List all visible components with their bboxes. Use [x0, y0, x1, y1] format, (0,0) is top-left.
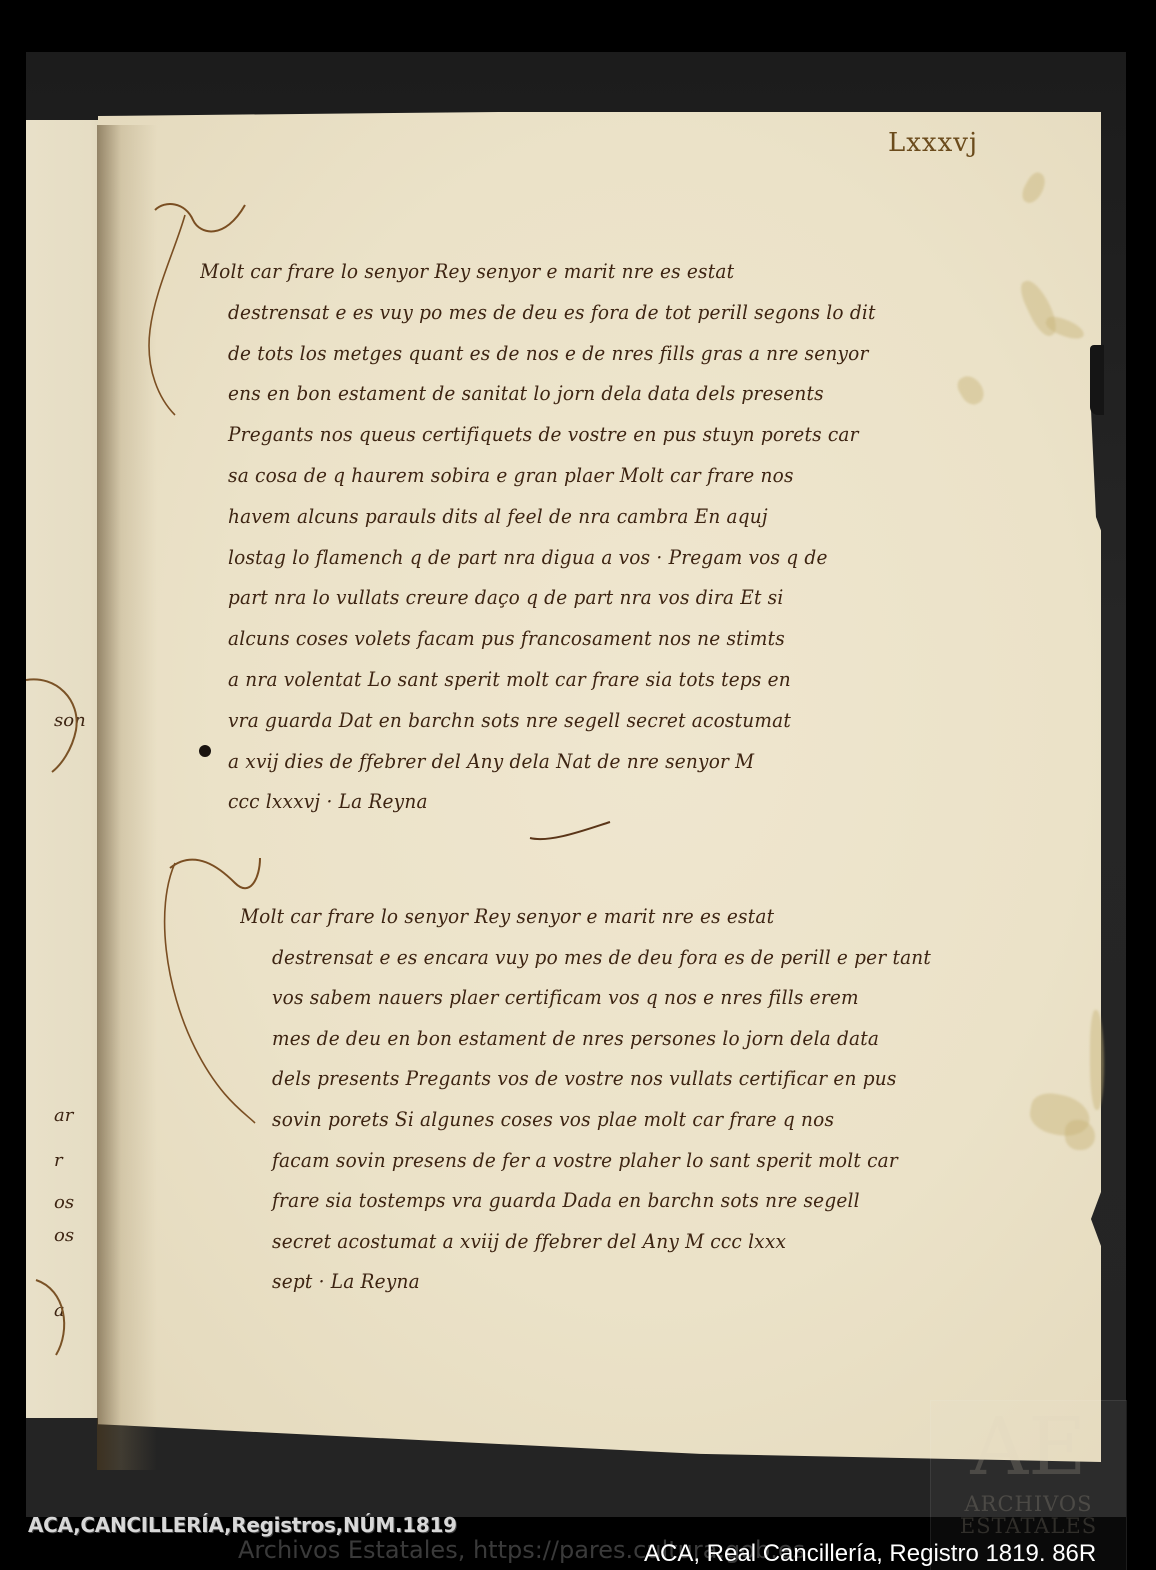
letter-line: vos sabem nauers plaer certificam vos q … [240, 978, 975, 1021]
logo-letters: AE [931, 1401, 1126, 1493]
letter-line: havem alcuns parauls dits al feel de nra… [200, 497, 960, 540]
letter-1: Molt car frare lo senyor Rey senyor e ma… [200, 253, 960, 824]
verso-fragment: son [54, 710, 86, 731]
letter-line: destrensat e es encara vuy po mes de deu… [240, 938, 975, 981]
letter-line: a nra volentat Lo sant sperit molt car f… [200, 660, 960, 703]
image-label: ACA, Real Cancillería, Registro 1819. 86… [644, 1540, 1096, 1568]
letter-line: a xvij dies de ffebrer del Any dela Nat … [200, 742, 960, 785]
letter-2: Molt car frare lo senyor Rey senyor e ma… [240, 898, 975, 1304]
letter-line: frare sia tostemps vra guarda Dada en ba… [240, 1181, 975, 1224]
letter-line: de tots los metges quant es de nos e de … [200, 334, 960, 377]
letter-line: ens en bon estament de sanitat lo jorn d… [200, 374, 960, 417]
letter-line: Pregants nos queus certifiquets de vostr… [200, 415, 960, 458]
verso-fragment: r [54, 1150, 63, 1171]
archive-reference: ACA,CANCILLERÍA,Registros,NÚM.1819 [28, 1513, 457, 1537]
letter-line: facam sovin presens de fer a vostre plah… [240, 1141, 975, 1184]
verso-fragment: os [54, 1192, 74, 1213]
verso-fragment: ar [54, 1105, 73, 1126]
folio-number: Lxxxvj [888, 128, 978, 158]
logo-line-1: ARCHIVOS [931, 1493, 1126, 1515]
logo-line-2: ESTATALES [931, 1515, 1126, 1537]
letter-line: part nra lo vullats creure daço q de par… [200, 578, 960, 621]
letter-line: Molt car frare lo senyor Rey senyor e ma… [200, 252, 960, 295]
letter-line: sa cosa de q haurem sobira e gran plaer … [200, 456, 960, 499]
water-stain [1065, 1120, 1095, 1150]
letter-line: secret acostumat a xviij de ffebrer del … [240, 1222, 975, 1265]
letter-line: dels presents Pregants vos de vostre nos… [240, 1059, 975, 1102]
letter-line: lostag lo flamench q de part nra digua a… [200, 538, 960, 581]
verso-fragment: a [54, 1300, 65, 1321]
letter-line: mes de deu en bon estament de nres perso… [240, 1019, 975, 1062]
page-tear [1090, 345, 1104, 415]
letter-line: destrensat e es vuy po mes de deu es for… [200, 293, 960, 336]
letter-line: sovin porets Si algunes coses vos plae m… [240, 1100, 975, 1143]
letter-line: alcuns coses volets facam pus francosame… [200, 619, 960, 662]
verso-fragment: os [54, 1225, 74, 1246]
letter-line: sept · La Reyna [240, 1262, 975, 1305]
letter-line: Molt car frare lo senyor Rey senyor e ma… [240, 897, 975, 940]
letter-line: vra guarda Dat en barchn sots nre segell… [200, 701, 960, 744]
letter-line: ccc lxxxvj · La Reyna [200, 782, 960, 825]
